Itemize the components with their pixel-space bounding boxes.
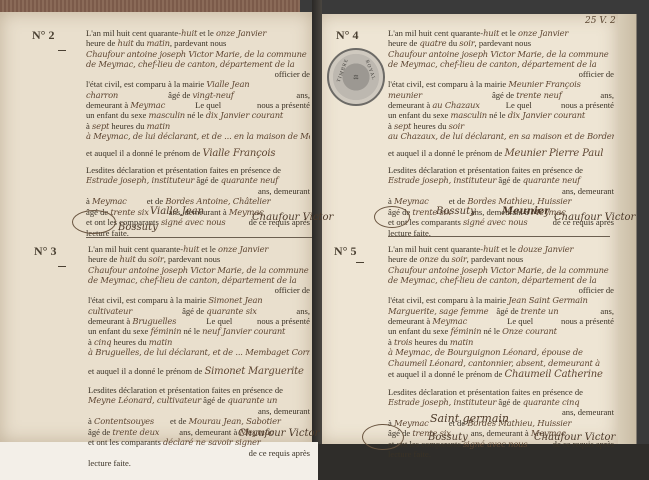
- handwritten-birth-date: dix Janvier courant: [206, 110, 283, 120]
- printed-text: et auquel il a donné le: [86, 148, 162, 158]
- handwritten-period: soir: [459, 38, 474, 48]
- record-divider: [86, 237, 312, 238]
- handwritten-signed: signé avec nous: [463, 217, 528, 227]
- printed-text: officier de: [86, 69, 310, 79]
- printed-text: un enfant du sexe: [88, 326, 148, 336]
- handwritten-date: onze Janvier: [216, 28, 266, 38]
- printed-text: heures du: [415, 337, 448, 347]
- handwritten-occupation: Marguerite, sage femme: [388, 306, 488, 316]
- handwritten-sex: masculin: [451, 110, 487, 120]
- handwritten-signed: signé avec nous: [161, 217, 226, 227]
- signature: Bossuty: [436, 206, 476, 217]
- printed-text: et de: [147, 196, 163, 206]
- printed-text: demeurant à: [388, 100, 430, 110]
- margin-dash: [58, 50, 66, 51]
- handwritten-officer: Chaufour antoine joseph Victor Marie, de…: [388, 265, 614, 285]
- printed-text: demeurant à: [88, 316, 130, 326]
- royal-stamp-seal: TIMBRE ⚖ ROYAL: [327, 48, 385, 106]
- handwritten-declarant: Vialle Jean: [206, 79, 249, 89]
- printed-text: né le: [187, 110, 203, 120]
- printed-text: prénom: [166, 366, 192, 376]
- printed-text: nous a présenté: [257, 316, 310, 326]
- handwritten-occupation: cultivateur: [88, 306, 132, 316]
- printed-text: un enfant du sexe: [86, 110, 146, 120]
- printed-text: nous a présenté: [561, 316, 614, 326]
- handwritten-age: trente un: [521, 306, 559, 316]
- signature: Meunier: [502, 206, 549, 217]
- handwritten-birth-place: à Bruguelles, de lui déclarant, et de ..…: [88, 347, 310, 357]
- printed-text: ans,: [296, 306, 310, 316]
- handwritten-year: huit: [483, 244, 499, 254]
- handwritten-birth-hour: trois: [394, 337, 412, 347]
- handwritten-sex: masculin: [149, 110, 185, 120]
- record-number: N° 2: [32, 28, 54, 43]
- printed-text: né le: [483, 326, 499, 336]
- printed-text: ans, demeurant: [258, 186, 310, 196]
- handwritten-witness1: Meyne Léonard, cultivateur: [88, 395, 201, 405]
- handwritten-witness1: Estrade joseph, instituteur: [86, 175, 194, 185]
- signature: Chaufour Victor: [554, 212, 635, 223]
- printed-text: , pardevant nous: [170, 38, 227, 48]
- printed-text: ans,: [600, 90, 614, 100]
- printed-text: de: [494, 148, 502, 158]
- signature: Chaufour Victor: [534, 432, 615, 443]
- handwritten-witness2: Mourau Jean, Sabotier: [189, 416, 281, 426]
- printed-text: L'an mil huit cent quarante-: [86, 28, 181, 38]
- printed-text: prénom: [164, 148, 190, 158]
- printed-text: et auquel il a donné le: [388, 369, 464, 379]
- printed-text: heure de: [388, 254, 417, 264]
- printed-text: Le quel: [206, 316, 232, 326]
- printed-text: et le: [501, 244, 516, 254]
- printed-text: de: [192, 148, 200, 158]
- printed-text: du: [136, 38, 145, 48]
- signature: Saint germain: [430, 412, 509, 425]
- handwritten-date: onze Janvier: [518, 28, 568, 38]
- printed-text: du: [441, 254, 450, 264]
- printed-text: à: [388, 121, 392, 131]
- handwritten-period: matin: [146, 38, 169, 48]
- printed-text: , pardevant nous: [164, 254, 221, 264]
- printed-text: heure de: [86, 38, 115, 48]
- printed-text: lecture faite.: [88, 458, 310, 468]
- handwritten-birth-date: neuf Janvier courant: [202, 326, 285, 336]
- printed-text: ans,: [296, 90, 310, 100]
- handwritten-witness1-age: quarante cinq: [523, 397, 580, 407]
- printed-text: heures du: [413, 121, 446, 131]
- handwritten-age: vingt-neuf: [192, 90, 233, 100]
- printed-text: du: [449, 38, 458, 48]
- printed-text: L'an mil huit cent quarante-: [388, 28, 483, 38]
- stamp-text-right: ROYAL: [364, 59, 376, 81]
- record-number: N° 5: [334, 244, 356, 259]
- printed-text: prénom: [466, 369, 492, 379]
- printed-text: et le: [501, 28, 516, 38]
- handwritten-officer: Chaufour antoine joseph Victor Marie, de…: [88, 265, 310, 285]
- record-number: N° 4: [336, 28, 358, 43]
- printed-text: âgé de: [203, 395, 225, 405]
- birth-record: L'an mil huit cent quarante-huit et le o…: [388, 28, 614, 238]
- printed-text: à: [88, 337, 92, 347]
- handwritten-birth-place: à Meymac, de lui déclarant, et de ... en…: [86, 131, 310, 141]
- printed-text: et le: [201, 244, 216, 254]
- printed-text: ans,: [600, 306, 614, 316]
- printed-text: ans, demeurant à: [471, 428, 529, 438]
- handwritten-signed: signé avec nous: [463, 439, 528, 449]
- printed-text: un enfant du sexe: [388, 326, 448, 336]
- printed-text: L'an mil huit cent quarante-: [388, 244, 483, 254]
- printed-text: et auquel il a donné le: [88, 366, 164, 376]
- margin-dash: [58, 266, 66, 267]
- handwritten-occupation: meunier: [388, 90, 422, 100]
- printed-text: ans, demeurant: [562, 186, 614, 196]
- handwritten-witness2: Bordes Mathieu, Huissier: [467, 196, 571, 206]
- handwritten-period: soir: [148, 254, 163, 264]
- signature-flourish: [362, 424, 404, 450]
- printed-text: L'an mil huit cent quarante-: [88, 244, 183, 254]
- printed-text: ans, demeurant: [562, 407, 614, 417]
- handwritten-witness1-residence: Meymac: [394, 196, 429, 206]
- printed-text: ans, demeurant: [258, 406, 310, 416]
- printed-text: officier de: [388, 69, 614, 79]
- printed-text: heure de: [88, 254, 117, 264]
- handwritten-hour: quatre: [420, 38, 447, 48]
- signature: Chaufour Victor: [252, 212, 333, 223]
- handwritten-birth-period: matin: [149, 337, 172, 347]
- handwritten-officer: Chaufour antoine joseph Victor Marie, de…: [388, 49, 614, 69]
- printed-text: nous a présenté: [257, 100, 310, 110]
- handwritten-witness1-age: quarante neuf: [523, 175, 580, 185]
- handwritten-witness1-residence: Meymac: [92, 196, 127, 206]
- handwritten-year: huit: [181, 28, 197, 38]
- printed-text: l'état civil, est comparu à la mairie: [88, 295, 206, 305]
- printed-text: âgé de: [182, 306, 204, 316]
- printed-text: âgé de: [196, 175, 218, 185]
- page-edges: [618, 14, 649, 480]
- printed-text: du: [138, 254, 147, 264]
- handwritten-declarant: Jean Saint Germain: [508, 295, 587, 305]
- signature-flourish: [374, 206, 410, 228]
- printed-text: de ce requis après: [249, 448, 310, 458]
- handwritten-residence: Bruguelles: [132, 316, 176, 326]
- printed-text: Le quel: [506, 100, 532, 110]
- handwritten-witness1: Estrade joseph, instituteur: [388, 175, 496, 185]
- printed-text: l'état civil, est comparu à la mairie: [388, 79, 506, 89]
- handwritten-residence: au Chazaux: [432, 100, 479, 110]
- handwritten-witness1-residence: Contentsouyes: [94, 416, 154, 426]
- printed-text: à: [388, 337, 392, 347]
- printed-text: nous a présenté: [561, 100, 614, 110]
- printed-text: âgé de: [498, 397, 520, 407]
- handwritten-year: huit: [183, 244, 199, 254]
- handwritten-given-name: Meunier Pierre Paul: [505, 148, 604, 159]
- printed-text: Lesdites déclaration et présentation fai…: [86, 165, 281, 175]
- handwritten-hour: huit: [120, 254, 136, 264]
- printed-text: heures du: [113, 337, 146, 347]
- handwritten-witness1-age: quarante un: [227, 395, 277, 405]
- handwritten-birth-hour: sept: [92, 121, 109, 131]
- handwritten-witness1-residence: Meymac: [394, 418, 429, 428]
- printed-text: , pardevant nous: [467, 254, 524, 264]
- printed-text: prénom: [466, 148, 492, 158]
- printed-text: Lesdites déclaration et présentation fai…: [88, 385, 283, 395]
- printed-text: heures du: [111, 121, 144, 131]
- printed-text: Lesdites déclaration et présentation fai…: [388, 165, 583, 175]
- signature: Bossuty: [428, 432, 468, 443]
- printed-text: âgé de: [492, 90, 514, 100]
- signature: Chaufour Victor: [238, 428, 319, 439]
- record-divider: [388, 236, 610, 237]
- signature: Bossuty: [118, 222, 158, 233]
- folio-number: 25 V. 2: [585, 16, 616, 26]
- record-number: N° 3: [34, 244, 56, 259]
- printed-text: et de: [449, 196, 465, 206]
- handwritten-birth-period: soir: [449, 121, 464, 131]
- handwritten-age: quarante six: [206, 306, 256, 316]
- printed-text: à: [88, 416, 92, 426]
- printed-text: âgé de: [498, 175, 520, 185]
- handwritten-declarant: Simonet Jean: [208, 295, 262, 305]
- printed-text: officier de: [88, 285, 310, 295]
- handwritten-given-name: Simonet Marguerite: [205, 366, 304, 377]
- handwritten-birth-period: matin: [147, 121, 170, 131]
- seated-figure-icon: ⚖: [353, 74, 358, 81]
- printed-text: l'état civil, est comparu à la mairie: [86, 79, 204, 89]
- handwritten-officer: Chaufour antoine joseph Victor Marie, de…: [86, 49, 310, 69]
- printed-text: Lesdites déclaration et présentation fai…: [388, 387, 583, 397]
- scan-background: [300, 0, 649, 14]
- printed-text: et ont les comparants: [88, 437, 161, 447]
- printed-text: l'état civil, est comparu à la mairie: [388, 295, 506, 305]
- printed-text: et auquel il a donné le: [388, 148, 464, 158]
- handwritten-sex: féminin: [451, 326, 482, 336]
- handwritten-hour: huit: [118, 38, 134, 48]
- printed-text: demeurant à: [86, 100, 128, 110]
- handwritten-year: huit: [483, 28, 499, 38]
- printed-text: heure de: [388, 38, 417, 48]
- printed-text: âgé de: [168, 90, 190, 100]
- printed-text: , pardevant nous: [475, 38, 532, 48]
- printed-text: né le: [489, 110, 505, 120]
- printed-text: ans, demeurant à: [179, 427, 237, 437]
- printed-text: de: [194, 366, 202, 376]
- stamp-text-left: TIMBRE: [337, 58, 350, 83]
- handwritten-birth-place: au Chazaux, de lui déclarant, en sa mais…: [388, 131, 614, 141]
- handwritten-given-name: Chaumeil Catherine: [505, 369, 603, 380]
- printed-text: un enfant du sexe: [388, 110, 448, 120]
- birth-record: L'an mil huit cent quarante-huit et le d…: [388, 244, 614, 460]
- handwritten-age: trente neuf: [516, 90, 561, 100]
- printed-text: lecture faite.: [388, 449, 614, 459]
- printed-text: à: [86, 121, 90, 131]
- printed-text: à: [86, 196, 90, 206]
- printed-text: et le: [199, 28, 214, 38]
- handwritten-birth-hour: sept: [394, 121, 411, 131]
- handwritten-birth-date: dix Janvier courant: [508, 110, 585, 120]
- printed-text: de: [494, 369, 502, 379]
- handwritten-residence: Meymac: [432, 316, 467, 326]
- printed-text: Le quel: [195, 100, 221, 110]
- printed-text: demeurant à: [388, 316, 430, 326]
- margin-dash: [356, 262, 364, 263]
- printed-text: et de: [170, 416, 186, 426]
- handwritten-occupation: charron: [86, 90, 118, 100]
- handwritten-witness2-age: trente deux: [112, 427, 159, 437]
- handwritten-birth-date: Onze courant: [502, 326, 557, 336]
- printed-text: né le: [183, 326, 199, 336]
- book-spine: [312, 0, 322, 480]
- printed-text: âgé de: [88, 427, 110, 437]
- handwritten-sex: féminin: [151, 326, 182, 336]
- printed-text: officier de: [388, 285, 614, 295]
- handwritten-period: soir: [451, 254, 466, 264]
- signature-flourish: [72, 210, 116, 234]
- handwritten-witness1: Estrade joseph, instituteur: [388, 397, 496, 407]
- handwritten-birth-place: à Meymac, de Bourguignon Léonard, épouse…: [388, 347, 614, 367]
- handwritten-residence: Meymac: [130, 100, 165, 110]
- handwritten-witness2-age: trente six: [110, 207, 148, 217]
- handwritten-birth-period: matin: [450, 337, 473, 347]
- handwritten-hour: onze: [420, 254, 439, 264]
- signature: Vialle Jean: [150, 206, 204, 217]
- handwritten-witness1-age: quarante neuf: [221, 175, 278, 185]
- printed-text: âgé de: [496, 306, 518, 316]
- printed-text: à: [388, 196, 392, 206]
- handwritten-date: onze Janvier: [218, 244, 268, 254]
- handwritten-witness2: Bordes Antoine, Châtelier: [165, 196, 270, 206]
- handwritten-declarant: Meunier François: [508, 79, 580, 89]
- printed-text: Le quel: [507, 316, 533, 326]
- handwritten-given-name: Vialle François: [203, 148, 276, 159]
- handwritten-birth-hour: cinq: [94, 337, 111, 347]
- handwritten-date: douze Janvier: [518, 244, 573, 254]
